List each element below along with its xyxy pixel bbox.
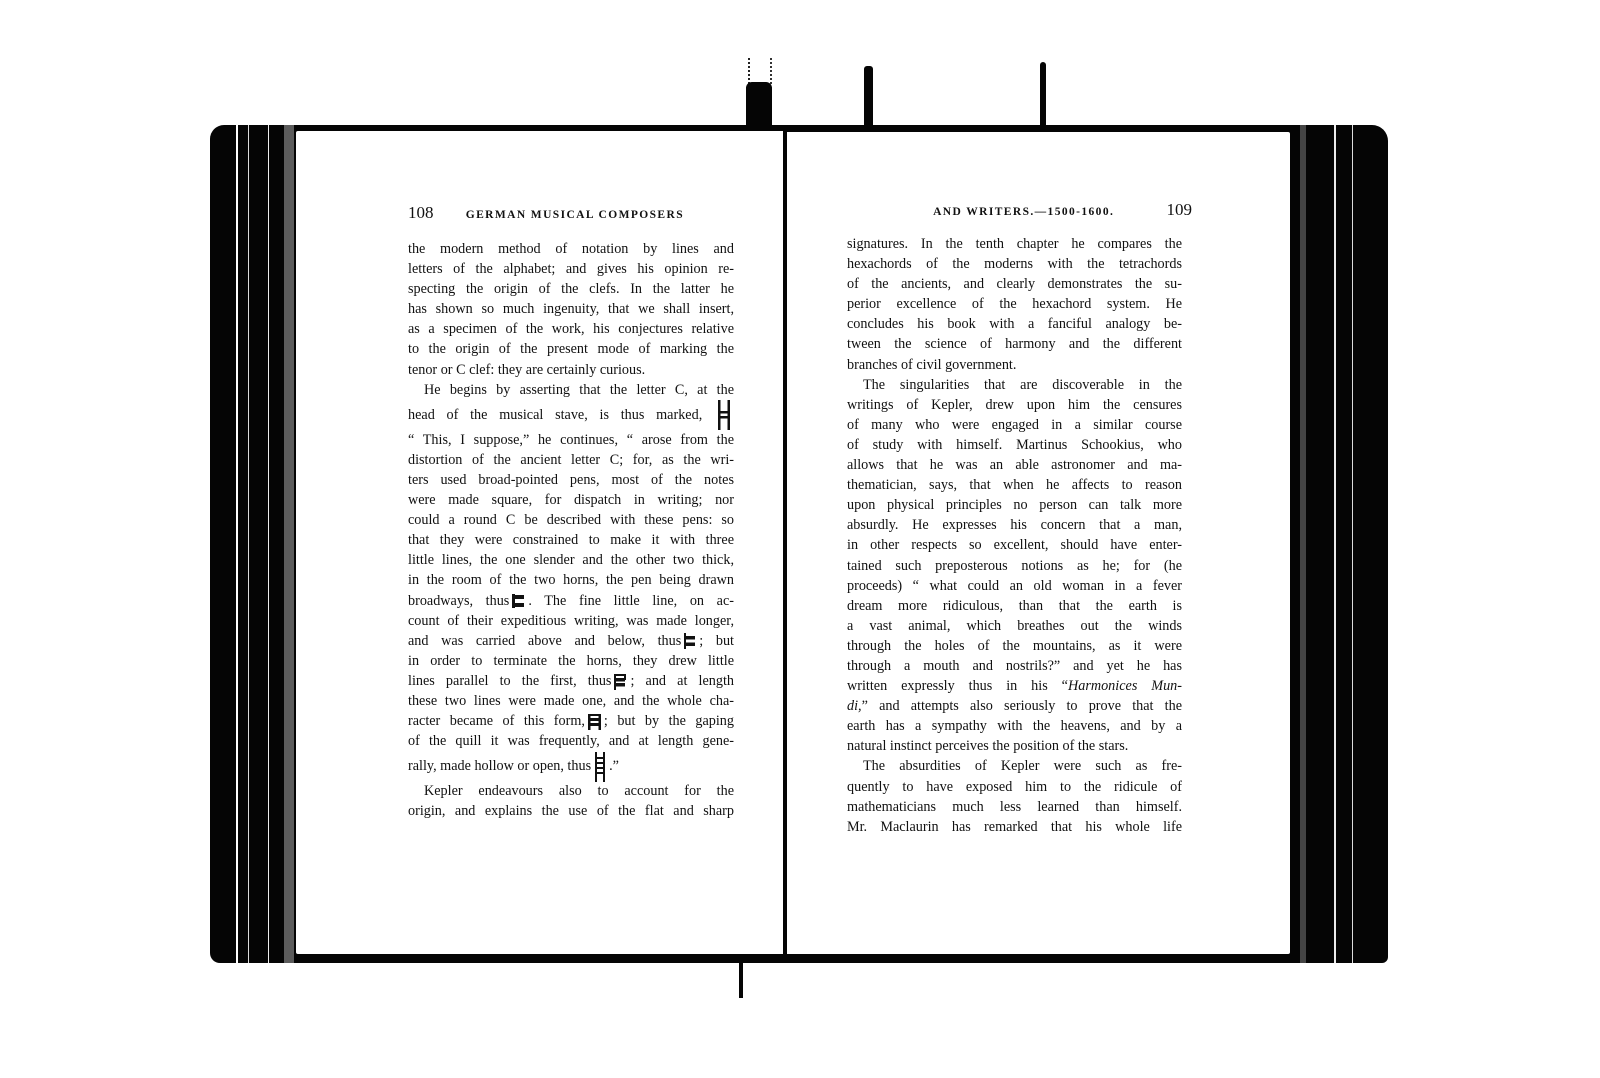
text-fragment: . The fine little line, on ac- [528, 593, 734, 609]
text-line: The singularities that are discoverable … [847, 375, 1182, 395]
text-fragment: ; but by the gaping [604, 713, 734, 729]
running-head-left: 108 GERMAN MUSICAL COMPOSERS [408, 203, 684, 223]
c-clef-joined-icon [588, 714, 601, 730]
text-line: “ This, I suppose,” he continues, “ aros… [408, 430, 734, 450]
text-line: a vast animal, which breathes out the wi… [847, 616, 1182, 636]
text-line: dream more ridiculous, than that the ear… [847, 596, 1182, 616]
text-line-with-clef: lines parallel to the first, thus; and a… [408, 671, 734, 691]
text-line: concludes his book with a fanciful analo… [847, 314, 1182, 334]
ribbon-marker-frayed-end [748, 58, 772, 84]
text-line: letters of the alphabet; and gives his o… [408, 259, 734, 279]
body-text: signatures. In the tenth chapter he comp… [847, 234, 1182, 837]
text-line: tained such preposterous notions as he; … [847, 556, 1182, 576]
text-line: Kepler endeavours also to account for th… [408, 781, 734, 801]
text-line: of many who were engaged in a similar co… [847, 415, 1182, 435]
text-line: to the origin of the present mode of mar… [408, 339, 734, 359]
text-fragment: written expressly thus in his “ [847, 678, 1068, 694]
text-line: mathematicians much less learned than hi… [847, 797, 1182, 817]
c-clef-extended-icon [684, 633, 696, 649]
body-text: the modern method of notation by lines a… [408, 239, 734, 821]
book-title-italic: di, [847, 698, 862, 714]
text-line: could a round C be described with these … [408, 510, 734, 530]
text-line: earth has a sympathy with the heavens, a… [847, 716, 1182, 736]
text-line: allows that he was an able astronomer an… [847, 455, 1182, 475]
text-line: of the ancients, and clearly demonstrate… [847, 274, 1182, 294]
text-line: in order to terminate the horns, they dr… [408, 651, 734, 671]
text-line: were made square, for dispatch in writin… [408, 490, 734, 510]
text-line-with-clef: rally, made hollow or open, thus.” [408, 751, 734, 781]
text-line: through a mouth and nostrils?” and yet h… [847, 656, 1182, 676]
page-edges-left [228, 125, 296, 963]
text-fragment: racter became of this form, [408, 713, 585, 729]
left-page: 108 GERMAN MUSICAL COMPOSERS the modern … [296, 131, 783, 954]
text-line: branches of civil government. [847, 355, 1182, 375]
text-line: the modern method of notation by lines a… [408, 239, 734, 259]
text-line-with-clef: head of the musical stave, is thus marke… [408, 400, 734, 430]
text-line: that they were constrained to make it wi… [408, 530, 734, 550]
page-number: 108 [408, 203, 434, 222]
text-line: specting the origin of the clefs. In the… [408, 279, 734, 299]
c-clef-parallel-icon [614, 674, 627, 690]
text-line: count of their expeditious writing, was … [408, 611, 734, 631]
text-fragment: ; and at length [630, 673, 734, 689]
text-line: as a specimen of the work, his conjectur… [408, 319, 734, 339]
text-line: in the room of the two horns, the pen be… [408, 570, 734, 590]
text-line: origin, and explains the use of the flat… [408, 801, 734, 821]
text-line: Mr. Maclaurin has remarked that his whol… [847, 817, 1182, 837]
text-fragment: head of the musical stave, is thus marke… [408, 407, 702, 423]
text-line: proceeds) “ what could an old woman in a… [847, 576, 1182, 596]
text-fragment: broadways, thus [408, 593, 509, 609]
text-line: of study with himself. Martinus Schookiu… [847, 435, 1182, 455]
text-line-with-clef: broadways, thus. The fine little line, o… [408, 591, 734, 611]
text-fragment: rally, made hollow or open, thus [408, 758, 591, 774]
text-line: these two lines were made one, and the w… [408, 691, 734, 711]
text-fragment: and was carried above and below, thus [408, 633, 681, 649]
text-line: hexachords of the moderns with the tetra… [847, 254, 1182, 274]
text-line: tenor or C clef: they are certainly curi… [408, 360, 734, 380]
text-line-with-italic: di,” and attempts also seriously to prov… [847, 696, 1182, 716]
right-page: AND WRITERS.—1500-1600. 109 signatures. … [787, 132, 1290, 954]
page-tab-marker [864, 66, 873, 130]
text-line: little lines, the one slender and the ot… [408, 550, 734, 570]
ribbon-marker-tail [739, 960, 743, 998]
page-edges-right [1300, 125, 1370, 963]
text-line: quently to have exposed him to the ridic… [847, 777, 1182, 797]
text-fragment: ” and attempts also seriously to prove t… [862, 698, 1182, 714]
running-head-title: AND WRITERS.—1500-1600. [933, 206, 1114, 218]
text-fragment: .” [609, 758, 619, 774]
text-line: of the quill it was frequently, and at l… [408, 731, 734, 751]
c-clef-open-icon [594, 752, 606, 782]
text-line-with-italic: written expressly thus in his “Harmonice… [847, 676, 1182, 696]
text-line: writings of Kepler, drew upon him the ce… [847, 395, 1182, 415]
text-line: in other respects so excellent, should h… [847, 535, 1182, 555]
text-line-with-clef: racter became of this form,; but by the … [408, 711, 734, 731]
text-line-with-clef: and was carried above and below, thus; b… [408, 631, 734, 651]
running-head-title: GERMAN MUSICAL COMPOSERS [466, 209, 684, 221]
c-clef-ladder-icon [717, 400, 731, 430]
text-line: He begins by asserting that the letter C… [408, 380, 734, 400]
text-line: signatures. In the tenth chapter he comp… [847, 234, 1182, 254]
running-head-right: AND WRITERS.—1500-1600. 109 [933, 200, 1192, 220]
text-line: perior excellence of the hexachord syste… [847, 294, 1182, 314]
text-line: distortion of the ancient letter C; for,… [408, 450, 734, 470]
text-line: through the holes of the mountains, as i… [847, 636, 1182, 656]
text-line: upon physical principles no person can t… [847, 495, 1182, 515]
text-line: The absurdities of Kepler were such as f… [847, 756, 1182, 776]
text-line: tween the science of harmony and the dif… [847, 334, 1182, 354]
c-clef-broad-icon [512, 594, 525, 608]
page-tab-marker [1040, 62, 1046, 132]
text-fragment: ; but [699, 633, 734, 649]
page-number: 109 [1167, 200, 1193, 219]
book-title-italic: Harmonices Mun- [1068, 678, 1182, 694]
text-line: ters used broad-pointed pens, most of th… [408, 470, 734, 490]
text-line: thematician, says, that when he affects … [847, 475, 1182, 495]
text-line: has shown so much ingenuity, that we sha… [408, 299, 734, 319]
text-fragment: lines parallel to the first, thus [408, 673, 611, 689]
text-line: natural instinct perceives the position … [847, 736, 1182, 756]
text-line: absurdly. He expresses his concern that … [847, 515, 1182, 535]
